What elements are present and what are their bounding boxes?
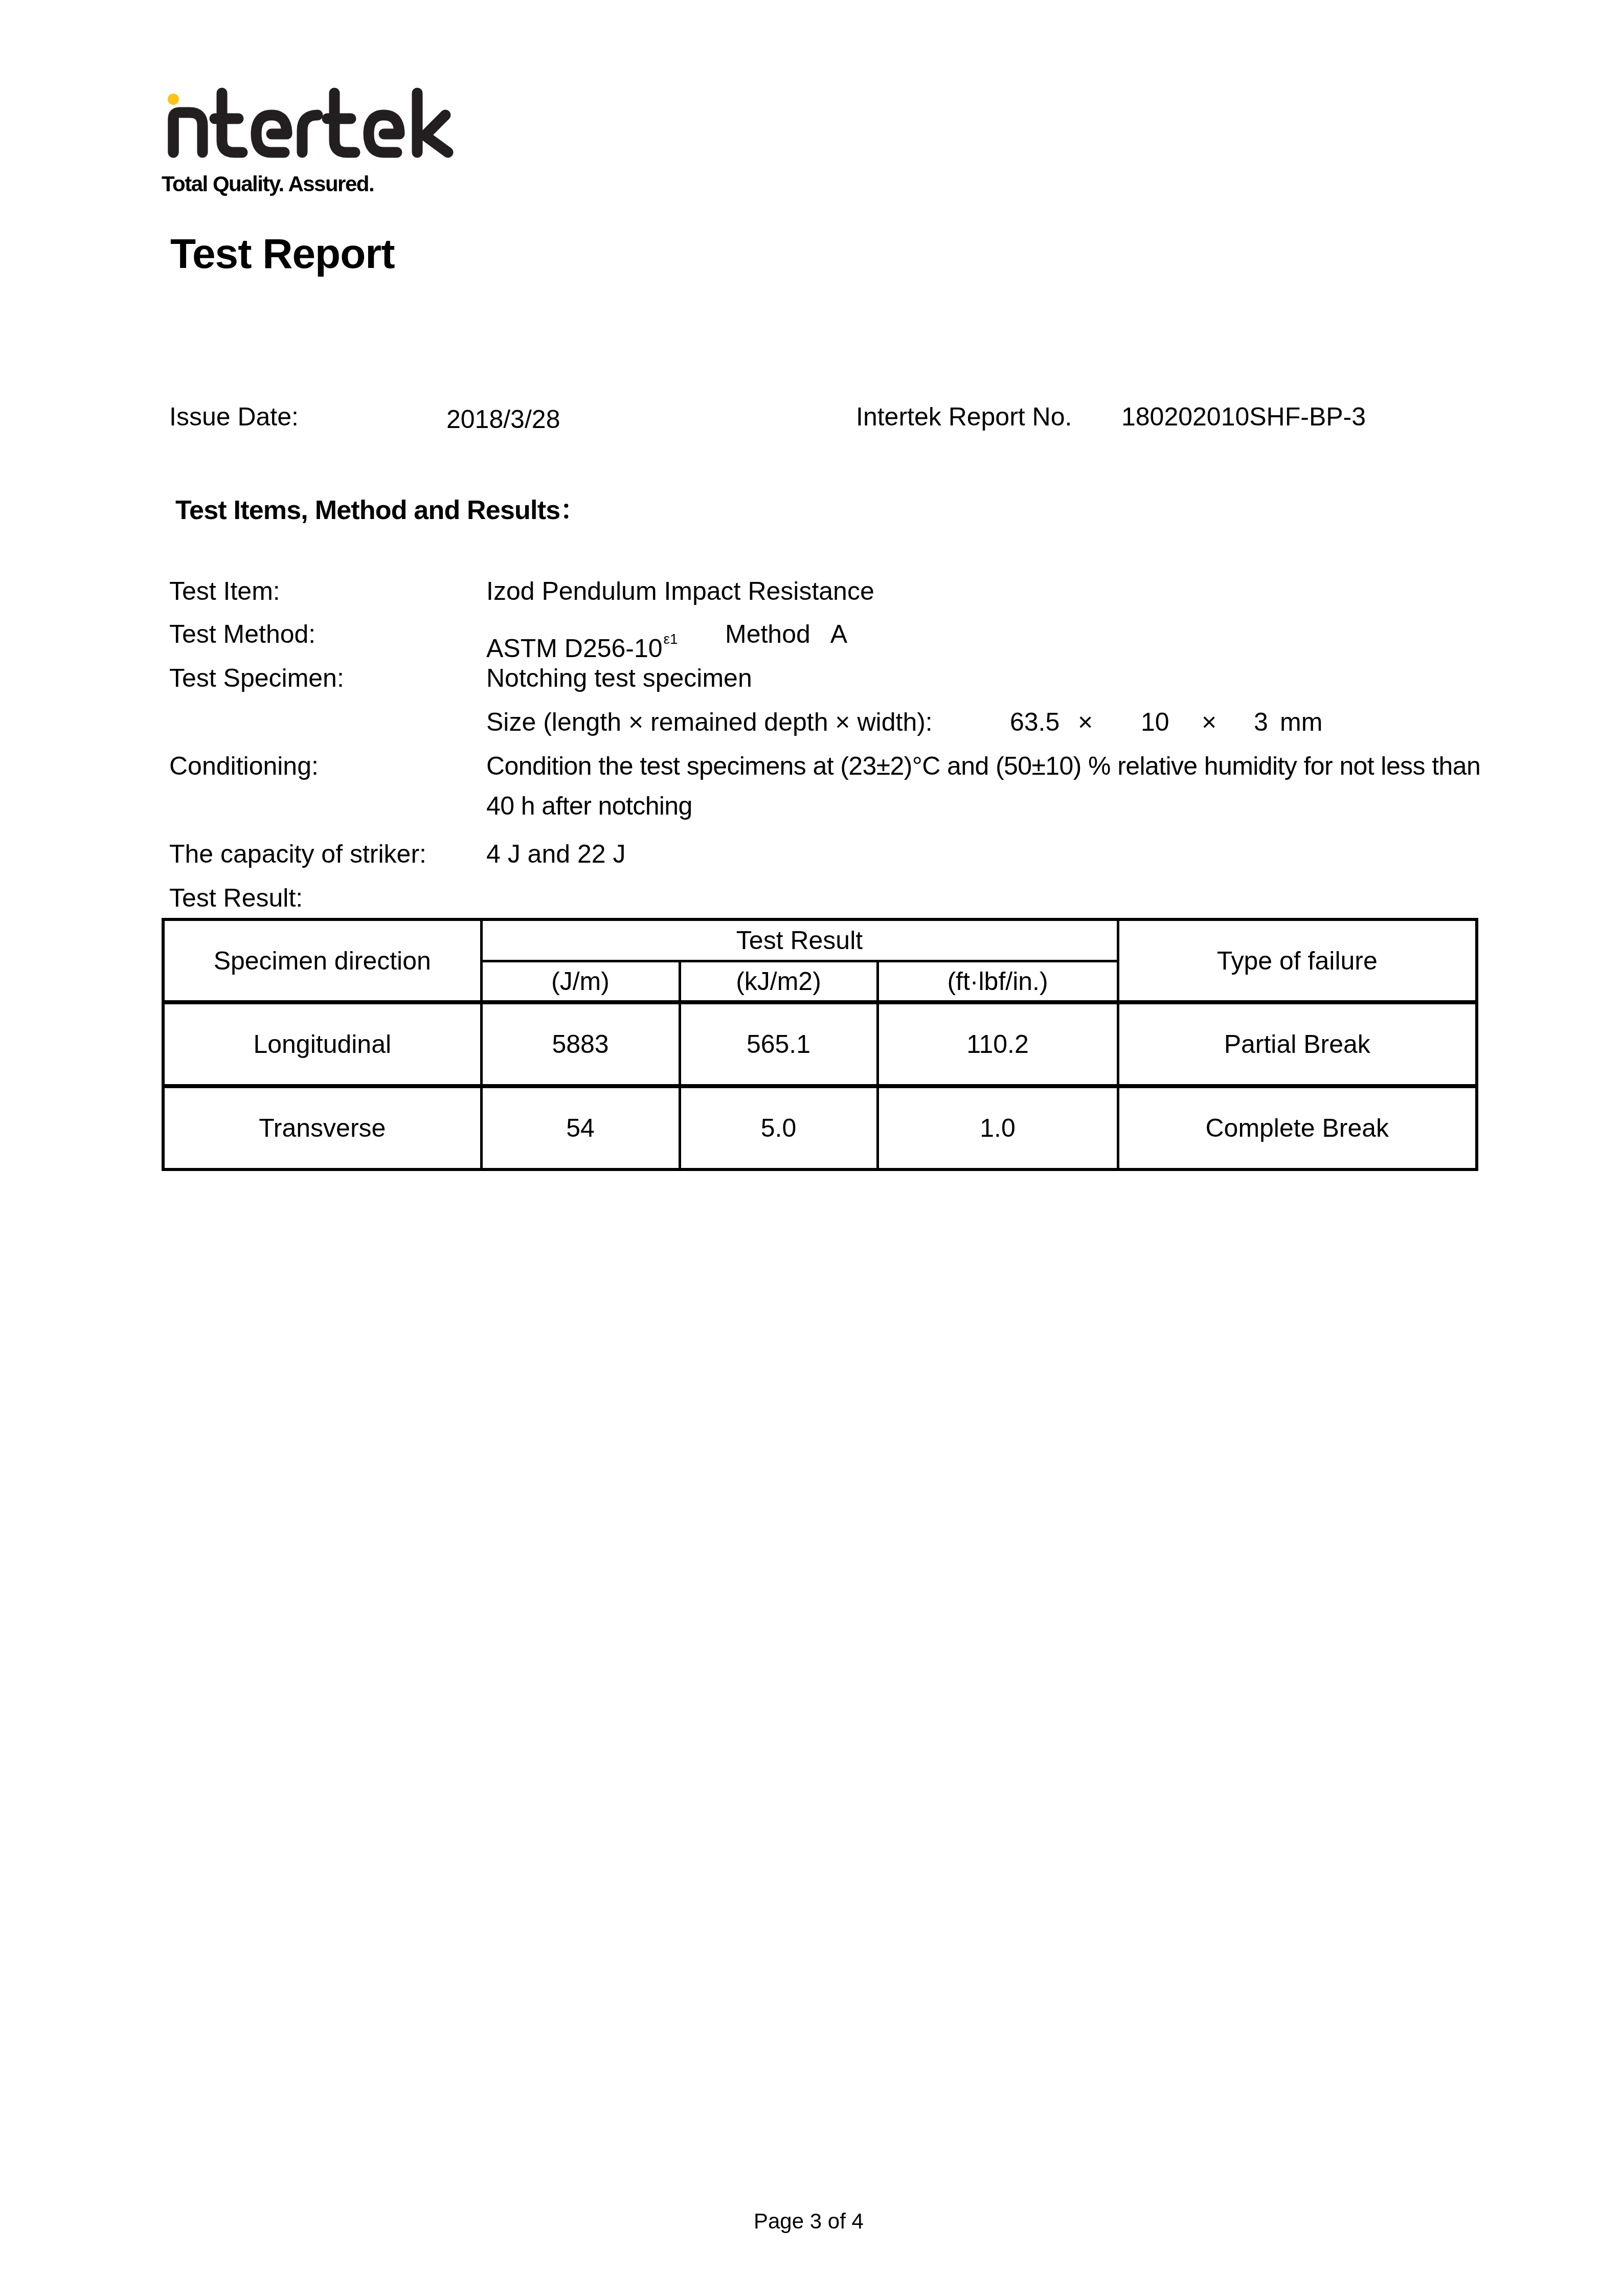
conditioning-value: Condition the test specimens at (23±2)°C…: [486, 746, 1489, 826]
size-times-1: ×: [1078, 707, 1093, 737]
header-test-result: Test Result: [481, 919, 1118, 961]
test-method-label: Test Method:: [169, 619, 315, 649]
striker-label: The capacity of striker:: [169, 839, 426, 869]
size-times-2: ×: [1202, 707, 1216, 737]
table-header-row: Specimen direction Test Result Type of f…: [163, 919, 1477, 961]
conditioning-label: Conditioning:: [169, 751, 319, 781]
cell-direction: Longitudinal: [163, 1002, 481, 1086]
test-method-superscript: ε1: [664, 631, 678, 647]
size-length: 63.5: [1010, 707, 1060, 737]
test-result-label: Test Result:: [169, 883, 303, 913]
header-type-of-failure: Type of failure: [1118, 919, 1477, 1002]
cell-kjm2: 5.0: [680, 1086, 877, 1169]
table-row: Longitudinal 5883 565.1 110.2 Partial Br…: [163, 1002, 1477, 1086]
test-item-value: Izod Pendulum Impact Resistance: [486, 576, 874, 606]
cell-direction: Transverse: [163, 1086, 481, 1169]
section-title: Test Items, Method and Results：: [175, 488, 586, 527]
test-method-standard: ASTM D256-10: [486, 634, 663, 663]
size-label: Size (length × remained depth × width):: [486, 707, 933, 737]
cell-jm: 5883: [481, 1002, 680, 1086]
header-unit-ftlbf: (ft·lbf/in.): [877, 961, 1118, 1003]
size-depth: 10: [1141, 707, 1169, 737]
cell-failure: Partial Break: [1118, 1002, 1477, 1086]
results-table: Specimen direction Test Result Type of f…: [162, 918, 1478, 1171]
cell-kjm2: 565.1: [680, 1002, 877, 1086]
test-item-label: Test Item:: [169, 576, 280, 606]
header-unit-jm: (J/m): [481, 961, 680, 1003]
accent-dot: [168, 94, 179, 105]
intertek-wordmark-icon: [162, 87, 458, 164]
test-method-value: ASTM D256-10ε1: [486, 624, 678, 664]
intertek-logo: Total Quality. Assured.: [162, 87, 458, 197]
page-number: Page 3 of 4: [754, 2209, 864, 2234]
table-row: Transverse 54 5.0 1.0 Complete Break: [163, 1086, 1477, 1169]
cell-jm: 54: [481, 1086, 680, 1169]
test-method-suffix: Method A: [725, 619, 847, 649]
header-unit-kjm2: (kJ/m2): [680, 961, 877, 1003]
report-no-value: 180202010SHF-BP-3: [1121, 401, 1366, 432]
header-specimen-direction: Specimen direction: [163, 919, 481, 1002]
test-specimen-value: Notching test specimen: [486, 663, 752, 693]
cell-ftlbf: 1.0: [877, 1086, 1118, 1169]
tagline: Total Quality. Assured.: [162, 172, 374, 196]
page-title: Test Report: [170, 230, 395, 278]
test-specimen-label: Test Specimen:: [169, 663, 344, 693]
report-no-label: Intertek Report No.: [856, 401, 1072, 432]
issue-date-label: Issue Date:: [169, 401, 299, 432]
cell-ftlbf: 110.2: [877, 1002, 1118, 1086]
size-width: 3: [1254, 707, 1268, 737]
cell-failure: Complete Break: [1118, 1086, 1477, 1169]
striker-value: 4 J and 22 J: [486, 839, 625, 869]
size-unit: mm: [1280, 707, 1322, 737]
issue-date-value: 2018/3/28: [446, 404, 560, 435]
